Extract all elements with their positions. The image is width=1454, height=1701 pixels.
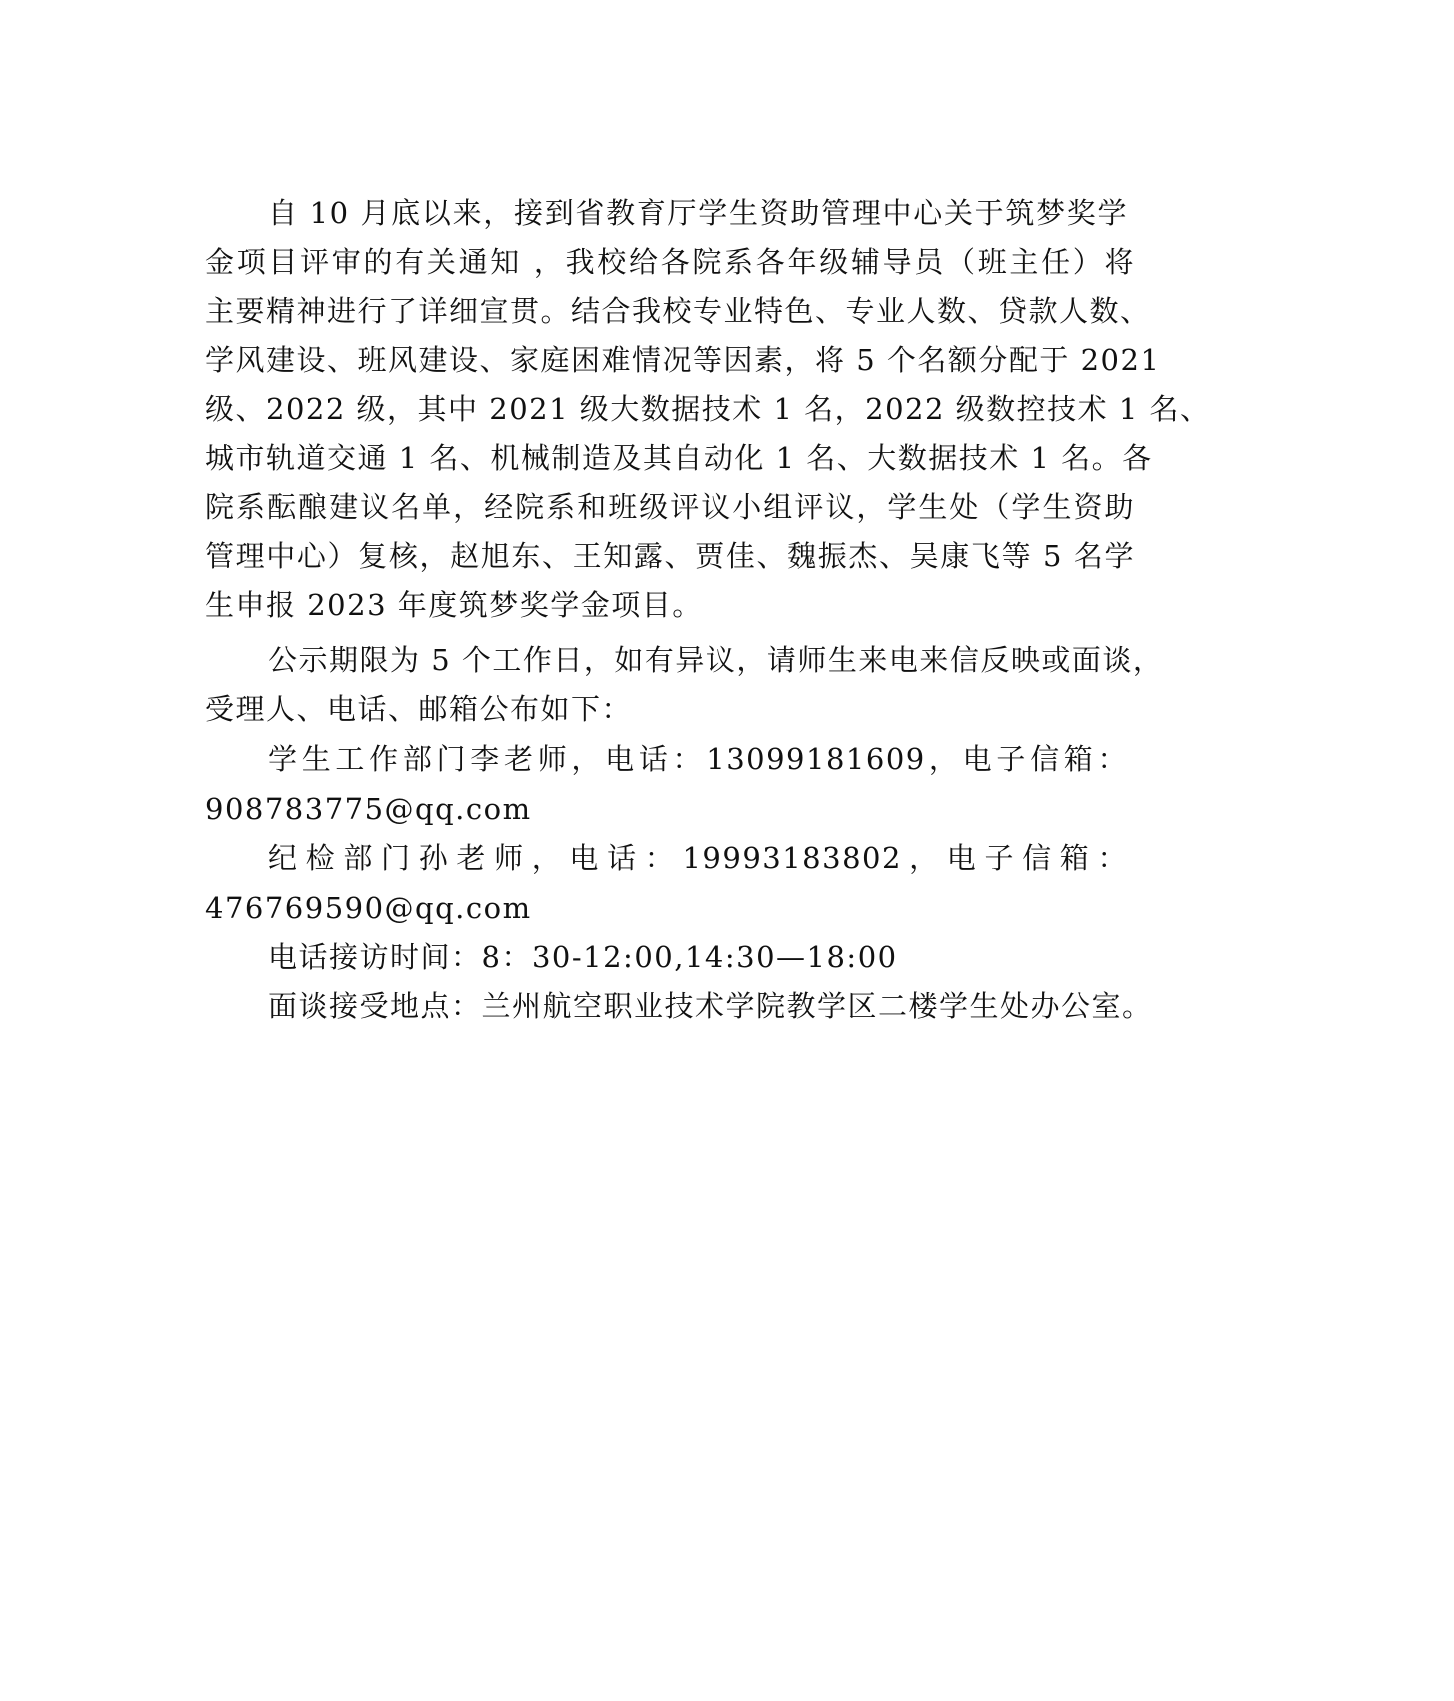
phone-hours-line: 电话接访时间：8：30-12:00,14:30—18:00: [268, 937, 898, 977]
contact-student-affairs-line: 学生工作部门李老师，电话：13099181609，电子信箱：: [268, 739, 1128, 779]
meeting-location-line: 面谈接受地点：兰州航空职业技术学院教学区二楼学生处办公室。: [268, 986, 1153, 1026]
intro-line-4: 学风建设、班风建设、家庭困难情况等因素，将 5 个名额分配于 2021: [205, 340, 1135, 380]
intro-line-2: 金项目评审的有关通知 ，我校给各院系各年级辅导员（班主任）将: [205, 242, 1135, 282]
contact-student-affairs-email: 908783775@qq.com: [205, 789, 532, 829]
document-page: 自 10 月底以来，接到省教育厅学生资助管理中心关于筑梦奖学 金项目评审的有关通…: [0, 0, 1454, 1701]
publicity-line-2: 受理人、电话、邮箱公布如下：: [205, 689, 632, 729]
publicity-line-1: 公示期限为 5 个工作日，如有异议，请师生来电来信反映或面谈，: [268, 640, 1128, 680]
contact-discipline-line: 纪检部门孙老师，电话：19993183802，电子信箱：: [268, 838, 1128, 878]
intro-line-1: 自 10 月底以来，接到省教育厅学生资助管理中心关于筑梦奖学: [268, 193, 1128, 233]
intro-line-7: 院系酝酿建议名单，经院系和班级评议小组评议，学生处（学生资助: [205, 487, 1135, 527]
intro-line-5: 级、2022 级，其中 2021 级大数据技术 1 名，2022 级数控技术 1…: [205, 389, 1135, 429]
intro-line-3: 主要精神进行了详细宣贯。结合我校专业特色、专业人数、贷款人数、: [205, 291, 1135, 331]
intro-line-8: 管理中心）复核，赵旭东、王知露、贾佳、魏振杰、吴康飞等 5 名学: [205, 536, 1135, 576]
contact-discipline-email: 476769590@qq.com: [205, 888, 532, 928]
intro-line-6: 城市轨道交通 1 名、机械制造及其自动化 1 名、大数据技术 1 名。各: [205, 438, 1135, 478]
intro-line-9: 生申报 2023 年度筑梦奖学金项目。: [205, 585, 703, 625]
